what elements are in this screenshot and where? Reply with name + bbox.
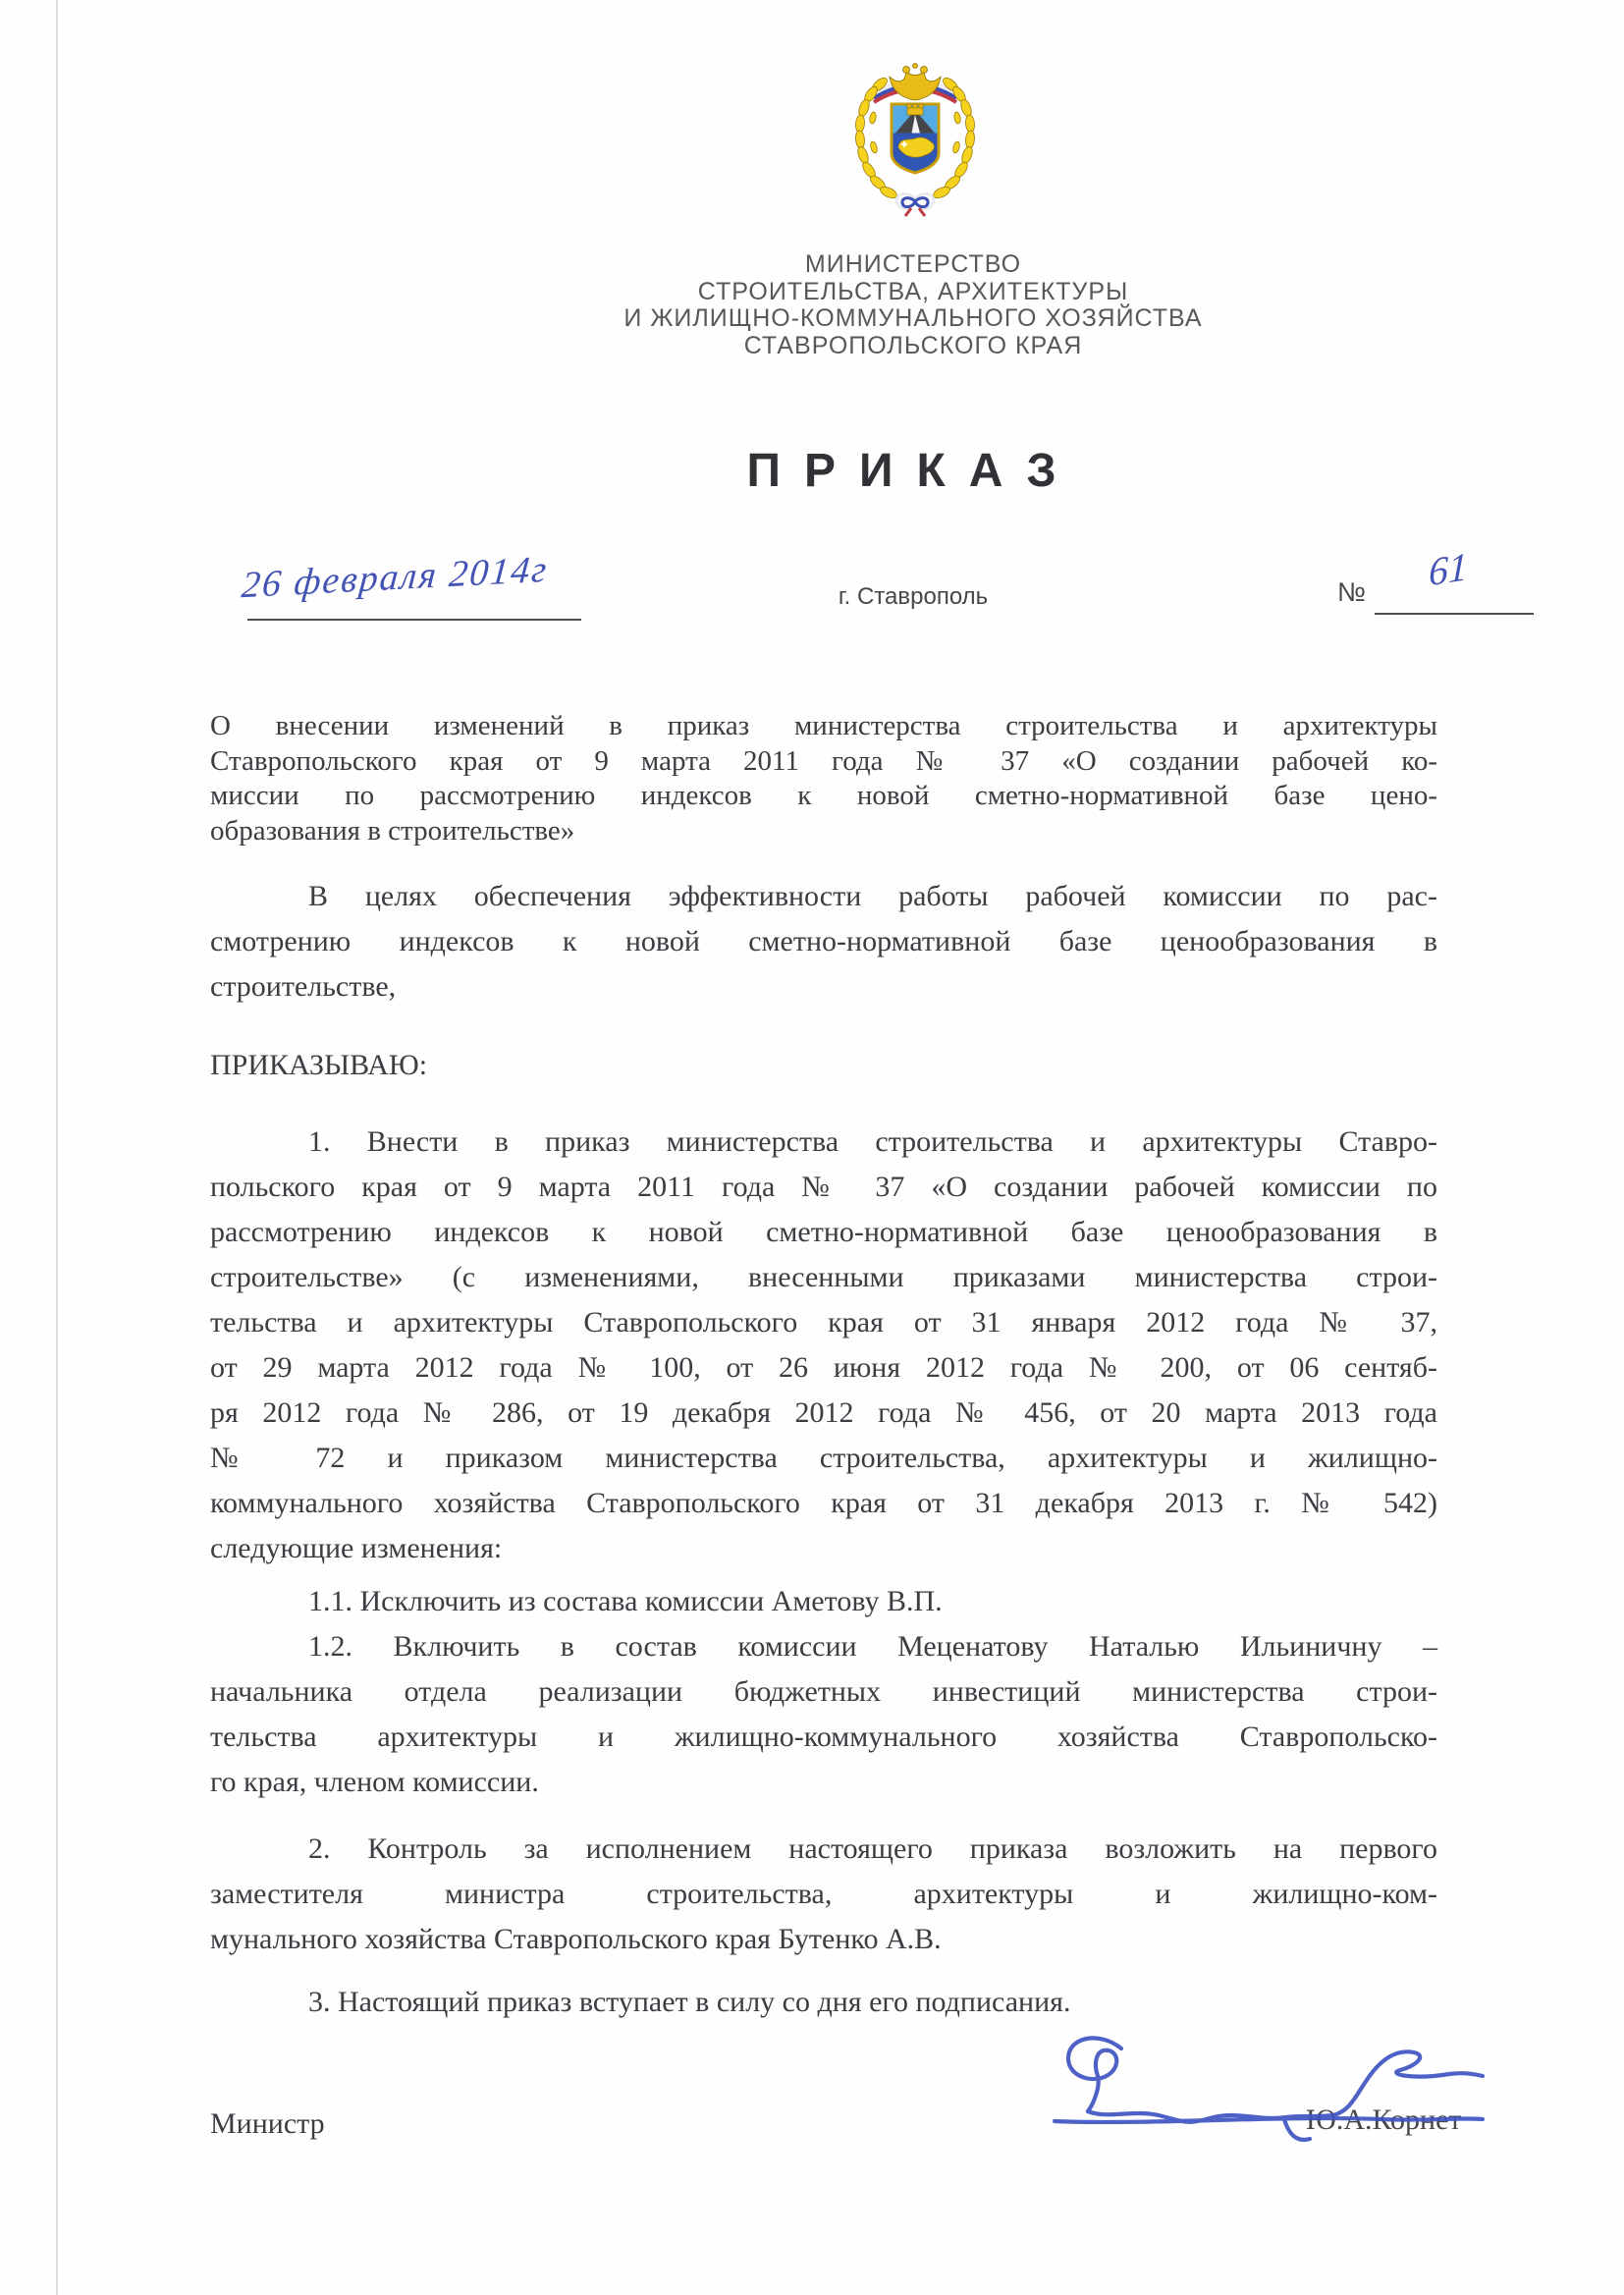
text-line: 1.1. Исключить из состава комиссии Амето…: [210, 1579, 1437, 1624]
text-line: го края, членом комиссии.: [210, 1760, 1437, 1805]
text-line: ря 2012 года № 286, от 19 декабря 2012 г…: [210, 1391, 1437, 1436]
text-line: миссии по рассмотрению индексов к новой …: [210, 779, 1437, 814]
text-line: В целях обеспечения эффективности работы…: [210, 874, 1437, 919]
paragraph-1-1: 1.1. Исключить из состава комиссии Амето…: [210, 1579, 1437, 1624]
text-line: начальника отдела реализации бюджетных и…: [210, 1669, 1437, 1715]
paragraph-1: 1. Внести в приказ министерства строител…: [210, 1120, 1437, 1571]
document-page: МИНИСТЕРСТВО СТРОИТЕЛЬСТВА, АРХИТЕКТУРЫ …: [0, 0, 1624, 2295]
paragraph-3: 3. Настоящий приказ вступает в силу со д…: [210, 1980, 1437, 2025]
text-line: 3. Настоящий приказ вступает в силу со д…: [210, 1980, 1437, 2025]
signer-position: Министр: [210, 2107, 325, 2141]
text-line: заместителя министра строительства, архи…: [210, 1872, 1437, 1917]
order-word: ПРИКАЗЫВАЮ:: [210, 1043, 1437, 1088]
city-label: г. Ставрополь: [746, 583, 1080, 611]
text-line: Ставропольского края от 9 марта 2011 год…: [210, 744, 1437, 780]
minister-signature: [1039, 2029, 1500, 2157]
document-title: ПРИКАЗ: [520, 444, 1306, 498]
ministry-name-line: МИНИСТЕРСТВО: [520, 251, 1306, 279]
text-line: образования в строительстве»: [210, 814, 1437, 849]
ministry-name-block: МИНИСТЕРСТВО СТРОИТЕЛЬСТВА, АРХИТЕКТУРЫ …: [520, 251, 1306, 359]
text-line: от 29 марта 2012 года № 100, от 26 июня …: [210, 1345, 1437, 1391]
text-line: коммунального хозяйства Ставропольского …: [210, 1481, 1437, 1526]
handwritten-document-number: 61: [1429, 543, 1468, 596]
text-line: мунального хозяйства Ставропольского кра…: [210, 1917, 1437, 1962]
text-line: смотрению индексов к новой сметно-нормат…: [210, 919, 1437, 964]
paragraph-1-2: 1.2. Включить в состав комиссии Меценато…: [210, 1624, 1437, 1805]
stavropol-krai-coat-of-arms-icon: [846, 61, 984, 218]
text-line: О внесении изменений в приказ министерст…: [210, 709, 1437, 744]
ministry-name-line: И ЖИЛИЩНО-КОММУНАЛЬНОГО ХОЗЯЙСТВА: [520, 305, 1306, 333]
text-line: рассмотрению индексов к новой сметно-нор…: [210, 1210, 1437, 1255]
text-line: следующие изменения:: [210, 1526, 1437, 1571]
text-line: 1. Внести в приказ министерства строител…: [210, 1120, 1437, 1165]
text-line: строительстве,: [210, 964, 1437, 1010]
handwritten-date: 26 февраля 2014г: [240, 548, 550, 608]
text-line: польского края от 9 марта 2011 года № 37…: [210, 1165, 1437, 1210]
text-line: тельства и архитектуры Ставропольского к…: [210, 1300, 1437, 1345]
ministry-name-line: СТАВРОПОЛЬСКОГО КРАЯ: [520, 333, 1306, 360]
text-line: строительстве» (с изменениями, внесенным…: [210, 1255, 1437, 1300]
text-line: 1.2. Включить в состав комиссии Меценато…: [210, 1624, 1437, 1669]
preamble-paragraph: В целях обеспечения эффективности работы…: [210, 874, 1437, 1010]
document-number-underline: [1375, 613, 1534, 615]
subject-paragraph: О внесении изменений в приказ министерст…: [210, 709, 1437, 848]
text-line: тельства архитектуры и жилищно-коммуналь…: [210, 1715, 1437, 1760]
ministry-name-line: СТРОИТЕЛЬСТВА, АРХИТЕКТУРЫ: [520, 279, 1306, 306]
scan-artifact-line: [56, 0, 58, 2295]
text-line: 2. Контроль за исполнением настоящего пр…: [210, 1827, 1437, 1872]
paragraph-2: 2. Контроль за исполнением настоящего пр…: [210, 1827, 1437, 1962]
date-underline: [247, 619, 581, 621]
text-line: № 72 и приказом министерства строительст…: [210, 1436, 1437, 1481]
document-number-sign: №: [1337, 577, 1366, 608]
document-body: О внесении изменений в приказ министерст…: [210, 709, 1437, 2025]
